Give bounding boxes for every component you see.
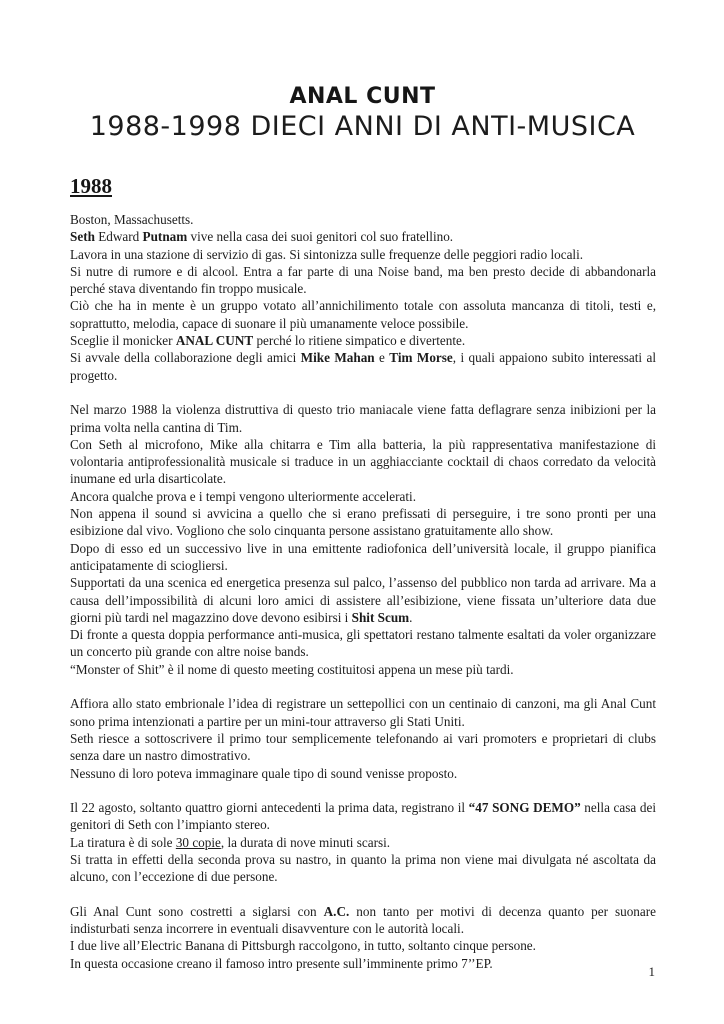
bold-text-run: Mike Mahan	[301, 350, 375, 365]
body-paragraph: Si tratta in effetti della seconda prova…	[70, 851, 656, 886]
text-run: Con Seth al microfono, Mike alla chitarr…	[70, 437, 656, 487]
body-paragraph: Seth Edward Putnam vive nella casa dei s…	[70, 228, 656, 245]
text-run: Ancora qualche prova e i tempi vengono u…	[70, 489, 416, 504]
body-paragraph: Lavora in una stazione di servizio di ga…	[70, 246, 656, 263]
text-run: , la durata di nove minuti scarsi.	[221, 835, 390, 850]
text-run: Nessuno di loro poteva immaginare quale …	[70, 766, 457, 781]
body-paragraph: Dopo di esso ed un successivo live in un…	[70, 540, 656, 575]
text-run: In questa occasione creano il famoso int…	[70, 956, 493, 971]
page-footer: 1	[649, 964, 656, 980]
body-paragraph: Ciò che ha in mente è un gruppo votato a…	[70, 297, 656, 332]
text-run: Lavora in una stazione di servizio di ga…	[70, 247, 583, 262]
text-run: Seth riesce a sottoscrivere il primo tou…	[70, 731, 656, 763]
body-paragraph: Gli Anal Cunt sono costretti a siglarsi …	[70, 903, 656, 938]
document-page: ANAL CUNT 1988-1998 DIECI ANNI DI ANTI-M…	[0, 0, 724, 1024]
body-paragraph: “Monster of Shit” è il nome di questo me…	[70, 661, 656, 678]
bold-text-run: Putnam	[143, 229, 188, 244]
underline-text-run: 30 copie	[176, 835, 221, 850]
text-run: “Monster of Shit” è il nome di questo me…	[70, 662, 514, 677]
body-paragraph: Di fronte a questa doppia performance an…	[70, 626, 656, 661]
section-heading-text: 1988	[70, 174, 112, 198]
text-run: .	[409, 610, 412, 625]
document-subtitle: 1988-1998 DIECI ANNI DI ANTI-MUSICA	[70, 112, 655, 142]
text-run: La tiratura è di sole	[70, 835, 176, 850]
body-paragraph: Supportati da una scenica ed energetica …	[70, 574, 656, 626]
body-paragraph: Non appena il sound si avvicina a quello…	[70, 505, 656, 540]
text-run: Nel marzo 1988 la violenza distruttiva d…	[70, 402, 656, 434]
document-title: ANAL CUNT	[70, 84, 655, 110]
text-run: Edward	[95, 229, 143, 244]
page-number: 1	[649, 964, 656, 979]
text-run: Affiora allo stato embrionale l’idea di …	[70, 696, 656, 728]
document-content: ANAL CUNT 1988-1998 DIECI ANNI DI ANTI-M…	[0, 0, 724, 972]
body-paragraph: Ancora qualche prova e i tempi vengono u…	[70, 488, 656, 505]
body-paragraph: Boston, Massachusetts.	[70, 211, 656, 228]
body-paragraph: Si avvale della collaborazione degli ami…	[70, 349, 656, 384]
bold-text-run: Tim Morse	[389, 350, 452, 365]
body-paragraph: Sceglie il monicker ANAL CUNT perché lo …	[70, 332, 656, 349]
text-run: Non appena il sound si avvicina a quello…	[70, 506, 656, 538]
text-run: Dopo di esso ed un successivo live in un…	[70, 541, 656, 573]
text-run: Ciò che ha in mente è un gruppo votato a…	[70, 298, 656, 330]
section-heading-1988: 1988	[70, 174, 655, 198]
text-run: Il 22 agosto, soltanto quattro giorni an…	[70, 800, 469, 815]
body-paragraph: Nessuno di loro poteva immaginare quale …	[70, 765, 656, 782]
text-run: perché lo ritiene simpatico e divertente…	[253, 333, 465, 348]
bold-text-run: A.C.	[324, 904, 350, 919]
body-paragraph: Il 22 agosto, soltanto quattro giorni an…	[70, 799, 656, 834]
document-body: Boston, Massachusetts.Seth Edward Putnam…	[70, 211, 656, 972]
document-header: ANAL CUNT 1988-1998 DIECI ANNI DI ANTI-M…	[70, 84, 655, 142]
bold-text-run: Shit Scum	[352, 610, 410, 625]
body-paragraph: Si nutre di rumore e di alcool. Entra a …	[70, 263, 656, 298]
text-run: Gli Anal Cunt sono costretti a siglarsi …	[70, 904, 324, 919]
text-run: vive nella casa dei suoi genitori col su…	[187, 229, 453, 244]
body-paragraph: Nel marzo 1988 la violenza distruttiva d…	[70, 401, 656, 436]
body-paragraph: Seth riesce a sottoscrivere il primo tou…	[70, 730, 656, 765]
body-paragraph: In questa occasione creano il famoso int…	[70, 955, 656, 972]
body-paragraph: La tiratura è di sole 30 copie, la durat…	[70, 834, 656, 851]
text-run: e	[375, 350, 390, 365]
text-run: Di fronte a questa doppia performance an…	[70, 627, 656, 659]
text-run: Si tratta in effetti della seconda prova…	[70, 852, 656, 884]
text-run: Si avvale della collaborazione degli ami…	[70, 350, 301, 365]
text-run: Sceglie il monicker	[70, 333, 176, 348]
body-paragraph: I due live all’Electric Banana di Pittsb…	[70, 937, 656, 954]
body-paragraph: Affiora allo stato embrionale l’idea di …	[70, 695, 656, 730]
text-run: Boston, Massachusetts.	[70, 212, 193, 227]
bold-text-run: Seth	[70, 229, 95, 244]
bold-text-run: ANAL CUNT	[176, 333, 253, 348]
body-paragraph: Con Seth al microfono, Mike alla chitarr…	[70, 436, 656, 488]
bold-text-run: “47 SONG DEMO”	[469, 800, 581, 815]
text-run: Si nutre di rumore e di alcool. Entra a …	[70, 264, 656, 296]
text-run: I due live all’Electric Banana di Pittsb…	[70, 938, 536, 953]
